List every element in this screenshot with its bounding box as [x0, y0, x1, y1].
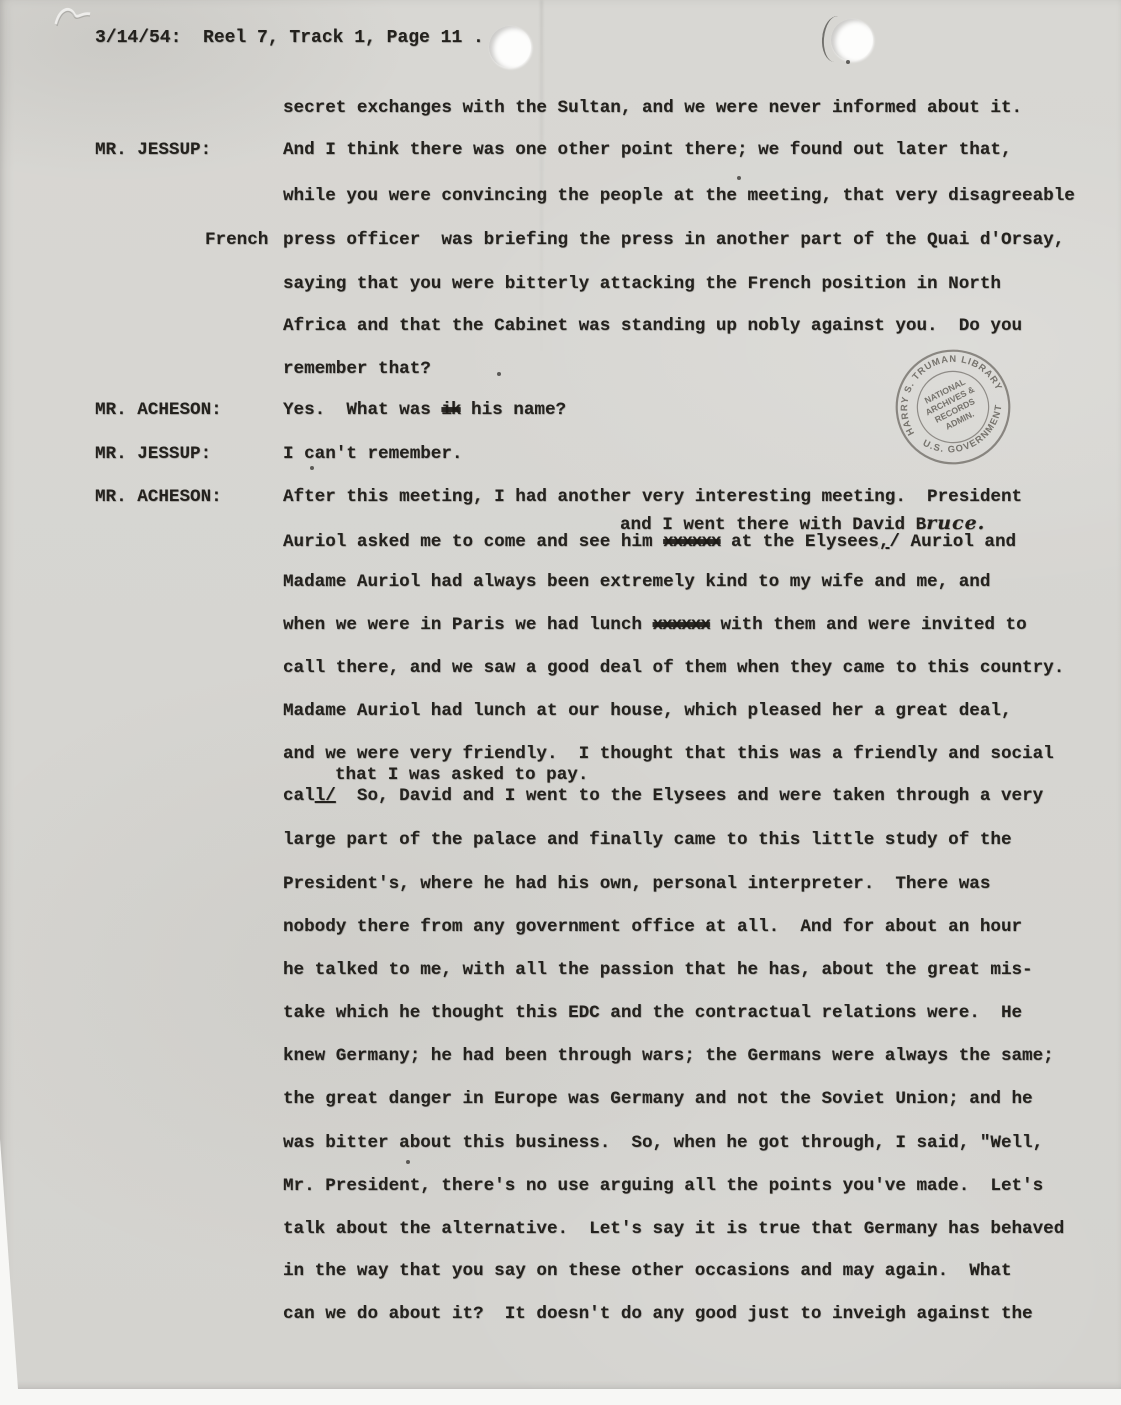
line-text: secret exchanges with the Sultan, and we…	[283, 98, 1022, 118]
transcript-line: large part of the palace and finally cam…	[0, 830, 1121, 854]
line-text: that I was asked to pay.	[335, 765, 588, 785]
typed-over-correction: xxxxxx	[663, 532, 720, 552]
line-text: Yes. What was ik his name?	[283, 400, 566, 420]
line-text: call/ So, David and I went to the Elysee…	[283, 786, 1043, 806]
ink-speck	[846, 60, 850, 64]
text-segment: knew Germany; he had been through wars; …	[283, 1046, 1054, 1066]
scanned-transcript-screenshot: { "page": { "header": "3/14/54: Reel 7, …	[0, 0, 1121, 1405]
text-segment: large part of the palace and finally cam…	[283, 830, 1012, 850]
line-text: talk about the alternative. Let's say it…	[283, 1219, 1064, 1239]
transcript-line: Auriol asked me to come and see him xxxx…	[0, 532, 1121, 556]
margin-word: French	[205, 230, 268, 250]
transcript-line: secret exchanges with the Sultan, and we…	[0, 98, 1121, 122]
text-segment: Madame Auriol had lunch at our house, wh…	[283, 701, 1012, 721]
line-text: remember that?	[283, 359, 431, 379]
ink-speck	[737, 176, 741, 180]
transcript-line: Madame Auriol had lunch at our house, wh…	[0, 701, 1121, 725]
typed-over-correction: ik	[441, 400, 460, 420]
text-segment: take which he thought this EDC and the c…	[283, 1003, 1022, 1023]
text-segment: nobody there from any government office …	[283, 917, 1022, 937]
line-text: knew Germany; he had been through wars; …	[283, 1046, 1054, 1066]
line-text: in the way that you say on these other o…	[283, 1261, 1012, 1281]
text-segment: Mr. President, there's no use arguing al…	[283, 1176, 1043, 1196]
text-segment: when we were in Paris we had lunch	[283, 615, 653, 635]
line-text: Africa and that the Cabinet was standing…	[283, 316, 1022, 336]
text-segment: saying that you were bitterly attacking …	[283, 274, 1001, 294]
text-segment: remember that?	[283, 359, 431, 379]
text-segment: Africa and that the Cabinet was standing…	[283, 316, 1022, 336]
text-segment: ,	[879, 532, 890, 552]
transcript-line: Frenchpress officer was briefing the pre…	[0, 230, 1121, 254]
transcript-line: Mr. President, there's no use arguing al…	[0, 1176, 1121, 1200]
text-segment: secret exchanges with the Sultan, and we…	[283, 98, 1022, 118]
text-segment: l/	[315, 786, 336, 806]
transcript-line: when we were in Paris we had lunch xxxxx…	[0, 615, 1121, 639]
ink-speck	[310, 466, 314, 470]
ink-speck	[497, 372, 501, 376]
text-segment: Madame Auriol had always been extremely …	[283, 572, 990, 592]
line-text: can we do about it? It doesn't do any go…	[283, 1304, 1033, 1324]
text-segment: / Auriol and	[889, 532, 1016, 552]
speaker-label: MR. JESSUP:	[95, 444, 211, 464]
ink-speck	[406, 1160, 410, 1164]
transcript-line: while you were convincing the people at …	[0, 186, 1121, 210]
line-text: when we were in Paris we had lunch xxxxx…	[283, 615, 1027, 635]
line-text: And I think there was one other point th…	[283, 140, 1012, 160]
text-segment: Yes. What was	[283, 400, 441, 420]
text-segment: Auriol asked me to come and see him	[283, 532, 663, 552]
text-segment: cal	[283, 786, 315, 806]
line-text: Madame Auriol had lunch at our house, wh…	[283, 701, 1012, 721]
paper-sheet: 3/14/54: Reel 7, Track 1, Page 11 . secr…	[0, 0, 1121, 1389]
text-segment: call there, and we saw a good deal of th…	[283, 658, 1064, 678]
transcript-line: call there, and we saw a good deal of th…	[0, 658, 1121, 682]
transcript-line: call/ So, David and I went to the Elysee…	[0, 786, 1121, 810]
line-text: take which he thought this EDC and the c…	[283, 1003, 1022, 1023]
text-segment: I can't remember.	[283, 444, 463, 464]
text-segment: the great danger in Europe was Germany a…	[283, 1089, 1033, 1109]
line-text: he talked to me, with all the passion th…	[283, 960, 1033, 980]
transcript-lines: secret exchanges with the Sultan, and we…	[0, 0, 1121, 1389]
line-text: Madame Auriol had always been extremely …	[283, 572, 990, 592]
line-text: was bitter about this business. So, when…	[283, 1133, 1043, 1153]
line-text: large part of the palace and finally cam…	[283, 830, 1012, 850]
line-text: press officer was briefing the press in …	[283, 230, 1064, 250]
text-segment: that I was asked to pay.	[335, 765, 588, 785]
line-text: the great danger in Europe was Germany a…	[283, 1089, 1033, 1109]
text-segment: So, David and I went to the Elysees and …	[336, 786, 1043, 806]
text-segment: press officer was briefing the press in …	[283, 230, 1064, 250]
transcript-line: was bitter about this business. So, when…	[0, 1133, 1121, 1157]
text-segment: his name?	[461, 400, 567, 420]
text-segment: with them and were invited to	[710, 615, 1027, 635]
text-segment: President's, where he had his own, perso…	[283, 874, 990, 894]
speaker-label: MR. ACHESON:	[95, 487, 222, 507]
line-text: and we were very friendly. I thought tha…	[283, 744, 1054, 764]
transcript-line: President's, where he had his own, perso…	[0, 874, 1121, 898]
text-segment: in the way that you say on these other o…	[283, 1261, 1012, 1281]
text-segment: was bitter about this business. So, when…	[283, 1133, 1043, 1153]
text-segment: while you were convincing the people at …	[283, 186, 1075, 206]
transcript-line: can we do about it? It doesn't do any go…	[0, 1304, 1121, 1328]
line-text: while you were convincing the people at …	[283, 186, 1075, 206]
speaker-label: MR. ACHESON:	[95, 400, 222, 420]
text-segment: can we do about it? It doesn't do any go…	[283, 1304, 1033, 1324]
line-text: call there, and we saw a good deal of th…	[283, 658, 1064, 678]
speaker-label: MR. JESSUP:	[95, 140, 211, 160]
line-text: nobody there from any government office …	[283, 917, 1022, 937]
line-text: saying that you were bitterly attacking …	[283, 274, 1001, 294]
handwritten-correction: ruce.	[926, 512, 985, 534]
transcript-line: knew Germany; he had been through wars; …	[0, 1046, 1121, 1070]
text-segment: he talked to me, with all the passion th…	[283, 960, 1033, 980]
transcript-line: in the way that you say on these other o…	[0, 1261, 1121, 1285]
line-text: Mr. President, there's no use arguing al…	[283, 1176, 1043, 1196]
transcript-line: he talked to me, with all the passion th…	[0, 960, 1121, 984]
transcript-line: talk about the alternative. Let's say it…	[0, 1219, 1121, 1243]
transcript-line: take which he thought this EDC and the c…	[0, 1003, 1121, 1027]
text-segment: and we were very friendly. I thought tha…	[283, 744, 1054, 764]
text-segment: And I think there was one other point th…	[283, 140, 1012, 160]
line-text: Auriol asked me to come and see him xxxx…	[283, 532, 1016, 552]
transcript-line: Madame Auriol had always been extremely …	[0, 572, 1121, 596]
line-text: President's, where he had his own, perso…	[283, 874, 990, 894]
transcript-line: nobody there from any government office …	[0, 917, 1121, 941]
text-segment: talk about the alternative. Let's say it…	[283, 1219, 1064, 1239]
transcript-line: MR. JESSUP:And I think there was one oth…	[0, 140, 1121, 164]
transcript-line: the great danger in Europe was Germany a…	[0, 1089, 1121, 1113]
typed-over-correction: xxxxxx	[653, 615, 710, 635]
line-text: I can't remember.	[283, 444, 463, 464]
transcript-line: saying that you were bitterly attacking …	[0, 274, 1121, 298]
text-segment: at the Elysees	[720, 532, 878, 552]
